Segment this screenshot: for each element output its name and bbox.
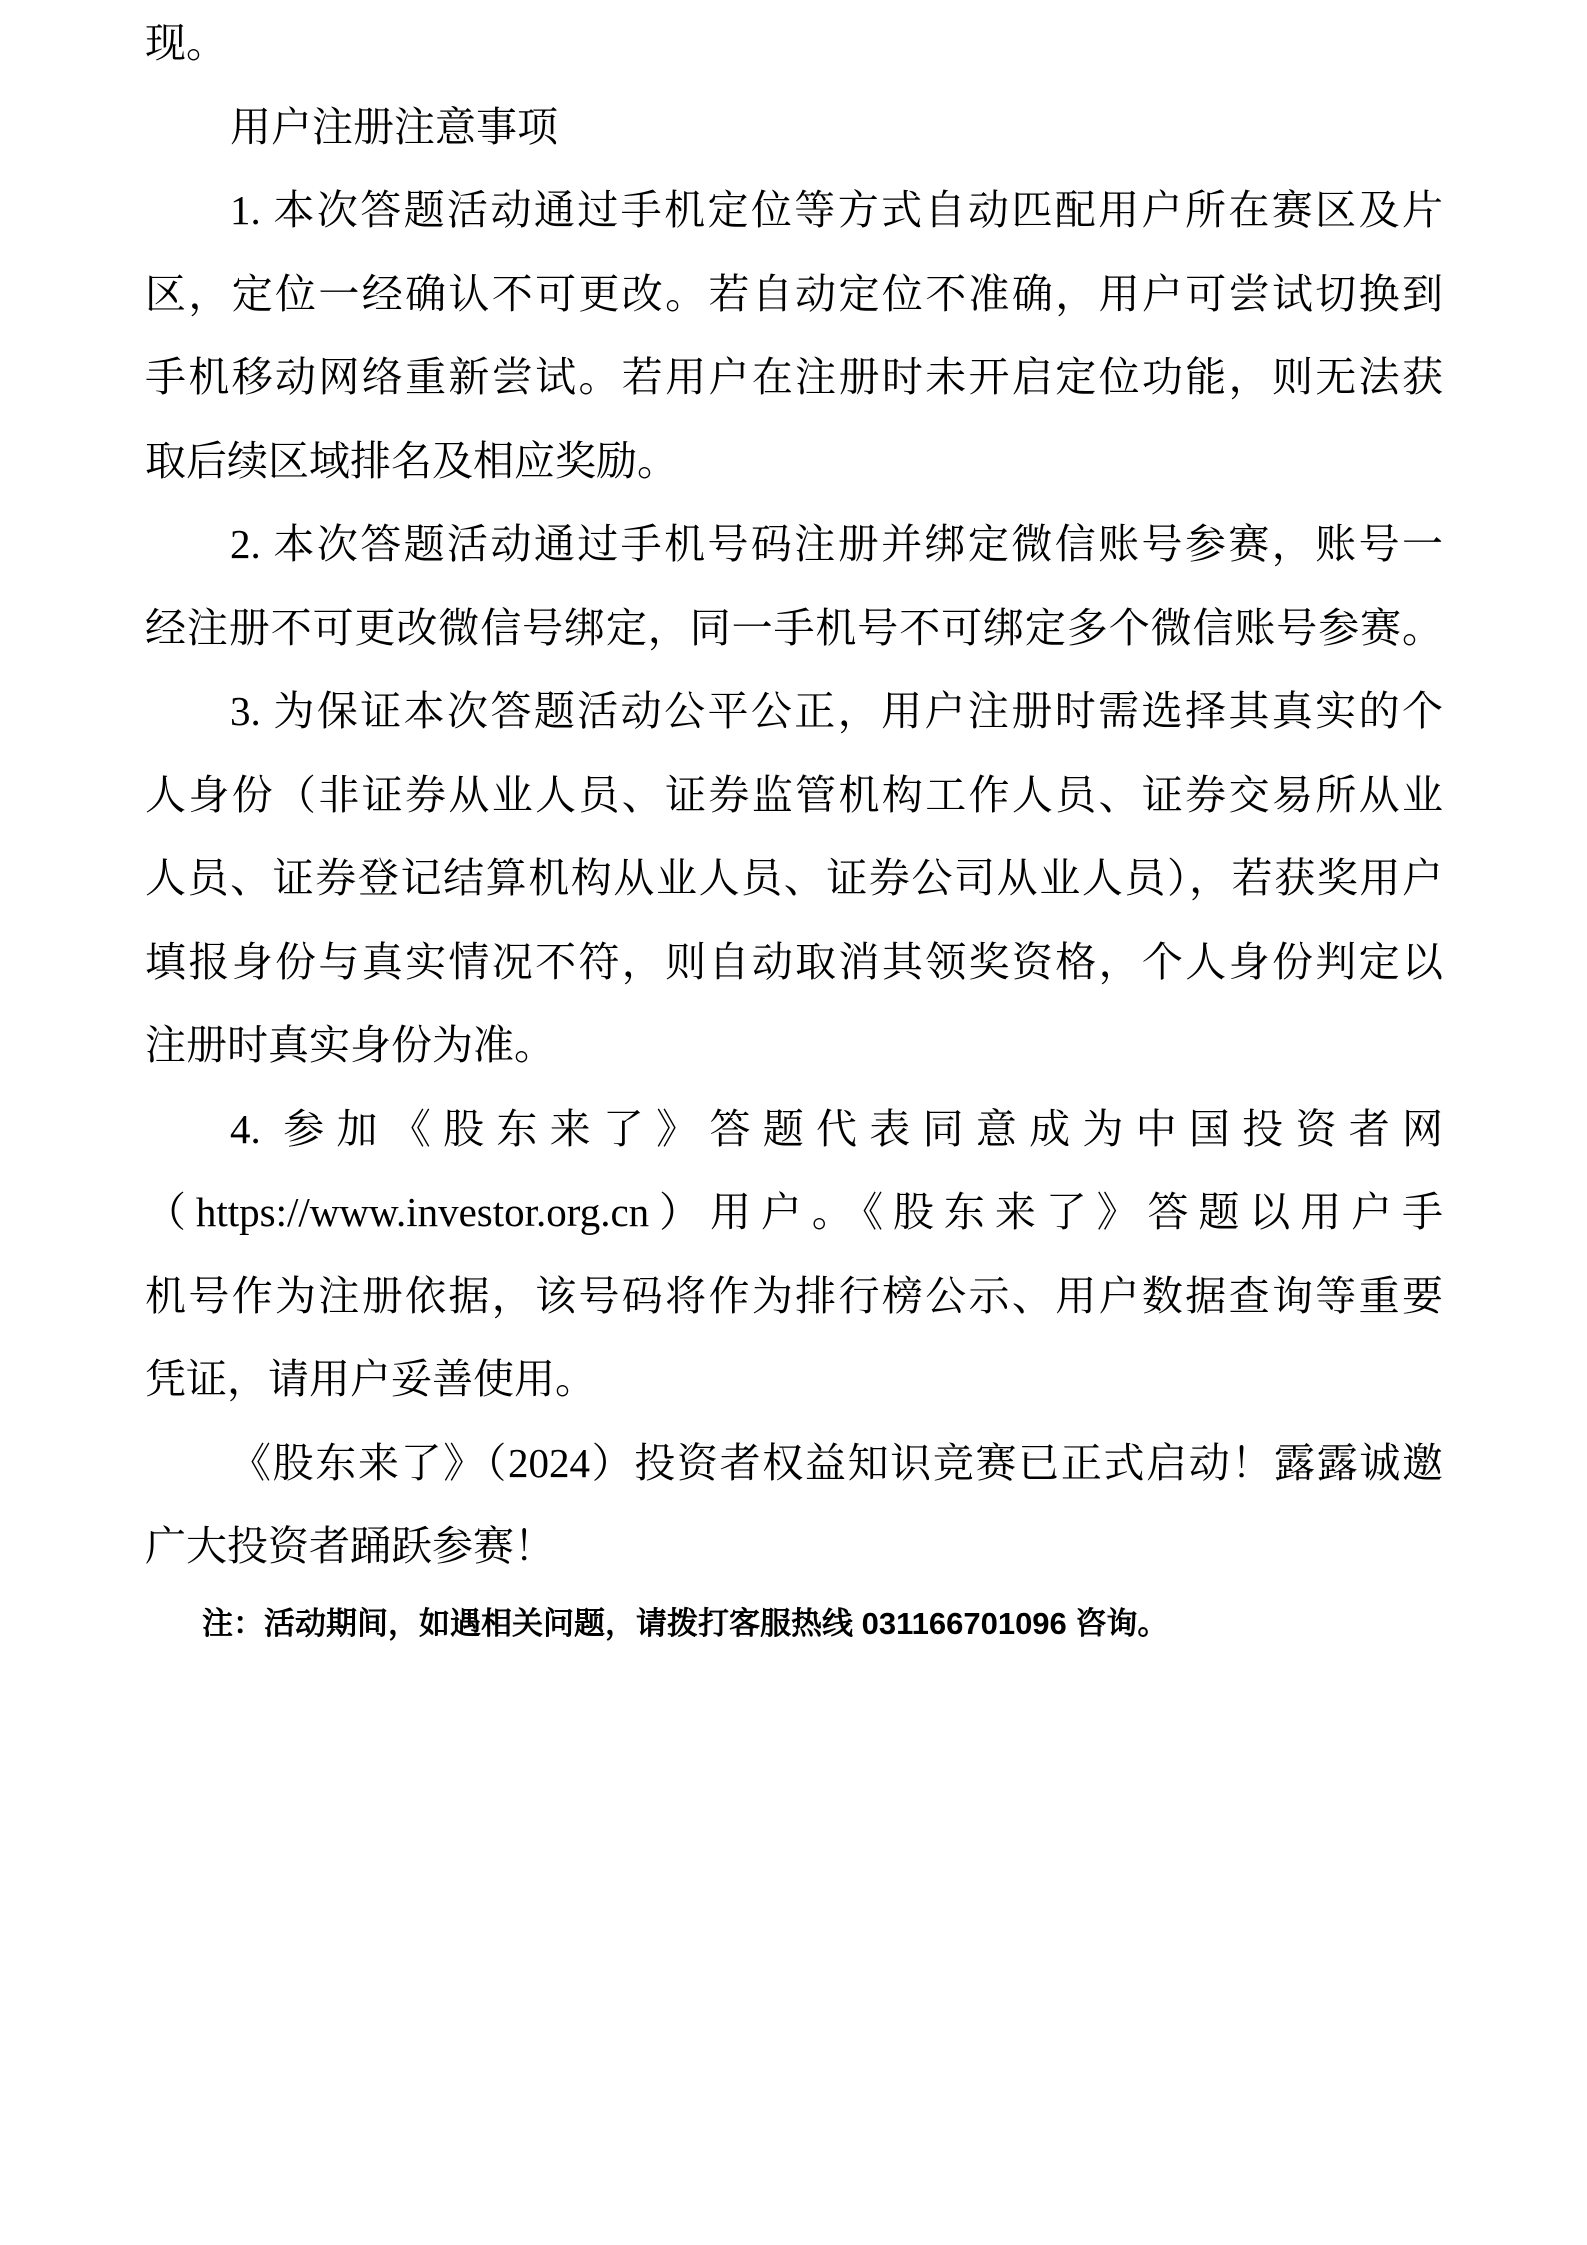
text-line: 4. 参加《股东来了》答题代表同意成为中国投资者网 — [145, 1088, 1443, 1172]
text-line: 3. 为保证本次答题活动公平公正，用户注册时需选择其真实的个 — [145, 670, 1443, 754]
document-text: 现。用户注册注意事项1. 本次答题活动通过手机定位等方式自动匹配用户所在赛区及片… — [145, 2, 1443, 1645]
text-line: （https://www.investor.org.cn）用户。《股东来了》答题… — [145, 1171, 1443, 1255]
text-line: 填报身份与真实情况不符，则自动取消其领奖资格，个人身份判定以 — [145, 921, 1443, 1005]
text-line: 2. 本次答题活动通过手机号码注册并绑定微信账号参赛，账号一 — [145, 503, 1443, 587]
text-line: 区，定位一经确认不可更改。若自动定位不准确，用户可尝试切换到 — [145, 253, 1443, 337]
text-line: 经注册不可更改微信号绑定，同一手机号不可绑定多个微信账号参赛。 — [145, 587, 1443, 671]
document-page: 现。用户注册注意事项1. 本次答题活动通过手机定位等方式自动匹配用户所在赛区及片… — [0, 0, 1587, 2245]
text-line: 广大投资者踊跃参赛！ — [145, 1505, 1443, 1589]
text-line: 机号作为注册依据，该号码将作为排行榜公示、用户数据查询等重要 — [145, 1255, 1443, 1339]
text-line: 人员、证券登记结算机构从业人员、证券公司从业人员），若获奖用户 — [145, 837, 1443, 921]
customer-service-note: 注：活动期间，如遇相关问题，请拨打客服热线 031166701096 咨询。 — [145, 1603, 1443, 1645]
text-line: 凭证，请用户妥善使用。 — [145, 1338, 1443, 1422]
text-line: 1. 本次答题活动通过手机定位等方式自动匹配用户所在赛区及片 — [145, 169, 1443, 253]
text-line: 人身份（非证券从业人员、证券监管机构工作人员、证券交易所从业 — [145, 754, 1443, 838]
text-line: 用户注册注意事项 — [145, 86, 1443, 170]
text-line: 手机移动网络重新尝试。若用户在注册时未开启定位功能，则无法获 — [145, 336, 1443, 420]
text-line: 取后续区域排名及相应奖励。 — [145, 420, 1443, 504]
text-line: 现。 — [145, 2, 1443, 86]
text-line: 《股东来了》（2024）投资者权益知识竞赛已正式启动！露露诚邀 — [145, 1422, 1443, 1506]
text-line: 注册时真实身份为准。 — [145, 1004, 1443, 1088]
